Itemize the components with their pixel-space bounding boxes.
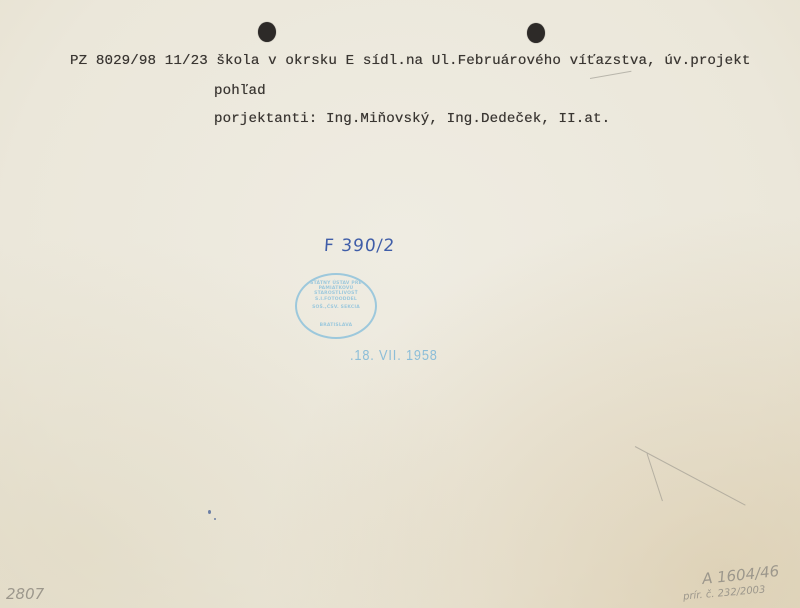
stamp-center-line-1: S.I.FOTOODDEL — [297, 297, 375, 302]
punch-hole-right — [527, 23, 545, 43]
pencil-accession-number: prír. č. 232/2003 — [683, 584, 766, 602]
pencil-inventory-number: A 1604/46 — [701, 562, 780, 588]
typed-caption-line-2: pohľad — [214, 83, 266, 99]
typed-authors-line: porjektanti: Ing.Miňovský, Ing.Dedeček, … — [214, 111, 610, 127]
typed-caption-line-1: PZ 8029/98 11/23 škola v okrsku E sídl.n… — [70, 53, 751, 69]
stamp-date: .18. VII. 1958 — [350, 347, 438, 364]
pencil-stroke — [590, 71, 632, 79]
pencil-note-bottom-left: 2807 — [6, 585, 44, 603]
institution-stamp: ŠTÁTNY ÚSTAV PRE PAMIATKOVÚ STAROSTLIVOS… — [295, 273, 377, 339]
pencil-stroke — [635, 446, 746, 506]
punch-hole-left — [258, 22, 276, 42]
stamp-bottom-text: BRATISLAVA — [297, 323, 375, 328]
ink-speck — [208, 510, 211, 514]
handwritten-catalog-number: F 390/2 — [323, 236, 396, 256]
stamp-center-line-2: SOŠ.,ČSV. SEKCIA — [297, 305, 375, 310]
ink-speck — [214, 518, 216, 520]
document-sheet: PZ 8029/98 11/23 škola v okrsku E sídl.n… — [0, 0, 800, 608]
stamp-ring-text: ŠTÁTNY ÚSTAV PRE PAMIATKOVÚ STAROSTLIVOS… — [297, 281, 375, 296]
